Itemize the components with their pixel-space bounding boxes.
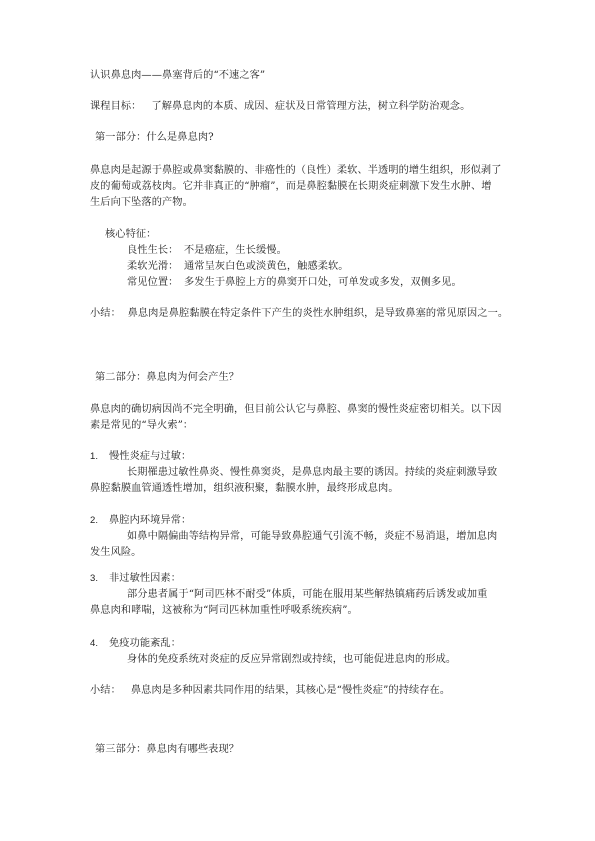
features-heading: 核心特征：: [105, 228, 156, 242]
factor-title: 免疫功能紊乱：: [109, 638, 181, 649]
feature-text: 不是癌症，生长缓慢。: [184, 245, 287, 256]
part1-paragraph-line: 皮的葡萄或荔枝肉。它并非真正的“肿瘤”，而是鼻腔黏膜在长期炎症刺激下发生水肿、增: [90, 180, 492, 194]
factor-title: 鼻腔内环境异常：: [109, 515, 191, 526]
summary-label: 小结：: [90, 685, 121, 696]
part1-paragraph-line: 生后向下坠落的产物。: [90, 196, 193, 210]
feature-label: 常见位置：: [127, 276, 184, 290]
factor-text-line: 长期罹患过敏性鼻炎、慢性鼻窦炎，是鼻息肉最主要的诱因。持续的炎症刺激导致: [127, 466, 497, 480]
part2-intro-line: 鼻息肉的确切病因尚不完全明确，但目前公认它与鼻腔、鼻窦的慢性炎症密切相关。以下因: [90, 403, 502, 417]
factor-title: 慢性炎症与过敏：: [109, 451, 191, 462]
factor-heading: 3.非过敏性因素：: [90, 572, 181, 586]
part2-heading: 第二部分：鼻息肉为何会产生？: [95, 371, 239, 385]
factor-text-line: 鼻腔黏膜血管通透性增加，组织液积聚，黏膜水肿，最终形成息肉。: [90, 482, 399, 496]
summary-text: 鼻息肉是多种因素共同作用的结果，其核心是“慢性炎症”的持续存在。: [131, 685, 450, 696]
factor-number: 1.: [90, 450, 109, 464]
factor-heading: 4.免疫功能紊乱：: [90, 637, 181, 651]
factor-number: 3.: [90, 572, 109, 586]
feature-text: 通常呈灰白色或淡黄色，触感柔软。: [184, 261, 349, 272]
factor-title: 非过敏性因素：: [109, 573, 181, 584]
feature-item: 常见位置：多发生于鼻腔上方的鼻窦开口处，可单发或多发，双侧多见。: [127, 276, 462, 290]
part1-summary: 小结： 鼻息肉是鼻腔黏膜在特定条件下产生的炎性水肿组织，是导致鼻塞的常见原因之一…: [90, 307, 508, 321]
feature-item: 柔软光滑：通常呈灰白色或淡黄色，触感柔软。: [127, 260, 349, 274]
course-objective: 课程目标： 了解鼻息肉的本质、成因、症状及日常管理方法，树立科学防治观念。: [90, 100, 470, 114]
feature-item: 良性生长：不是癌症，生长缓慢。: [127, 244, 287, 258]
summary-label: 小结：: [90, 308, 121, 319]
factor-heading: 1.慢性炎症与过敏：: [90, 450, 191, 464]
feature-label: 柔软光滑：: [127, 260, 184, 274]
factor-heading: 2.鼻腔内环境异常：: [90, 514, 191, 528]
objective-label: 课程目标：: [90, 101, 141, 112]
objective-text: 了解鼻息肉的本质、成因、症状及日常管理方法，树立科学防治观念。: [151, 101, 470, 112]
document-title: 认识鼻息肉——鼻塞背后的“不速之客”: [90, 69, 265, 83]
part1-paragraph-line: 鼻息肉是起源于鼻腔或鼻窦黏膜的、非癌性的（良性）柔软、半透明的增生组织，形似剥了: [90, 164, 502, 178]
factor-text-line: 鼻息肉和哮喘，这被称为“阿司匹林加重性呼吸系统疾病”。: [90, 604, 358, 618]
factor-text-line: 如鼻中隔偏曲等结构异常，可能导致鼻腔通气引流不畅，炎症不易消退，增加息肉: [127, 530, 497, 544]
feature-text: 多发生于鼻腔上方的鼻窦开口处，可单发或多发，双侧多见。: [184, 277, 462, 288]
part2-summary: 小结： 鼻息肉是多种因素共同作用的结果，其核心是“慢性炎症”的持续存在。: [90, 684, 450, 698]
factor-text-line: 身体的免疫系统对炎症的反应异常剧烈或持续，也可能促进息肉的形成。: [127, 653, 456, 667]
factor-text-line: 部分患者属于“阿司匹林不耐受”体质，可能在服用某些解热镇痛药后诱发或加重: [127, 588, 487, 602]
part3-heading: 第三部分：鼻息肉有哪些表现？: [95, 743, 239, 757]
factor-text-line: 发生风险。: [90, 546, 141, 560]
part1-heading: 第一部分：什么是鼻息肉?: [95, 131, 214, 145]
factor-number: 2.: [90, 514, 109, 528]
factor-number: 4.: [90, 637, 109, 651]
document-page: 认识鼻息肉——鼻塞背后的“不速之客” 课程目标： 了解鼻息肉的本质、成因、症状及…: [0, 0, 595, 841]
feature-label: 良性生长：: [127, 244, 184, 258]
part2-intro-line: 素是常见的“导火索”：: [90, 419, 193, 433]
summary-text: 鼻息肉是鼻腔黏膜在特定条件下产生的炎性水肿组织，是导致鼻塞的常见原因之一。: [128, 308, 509, 319]
